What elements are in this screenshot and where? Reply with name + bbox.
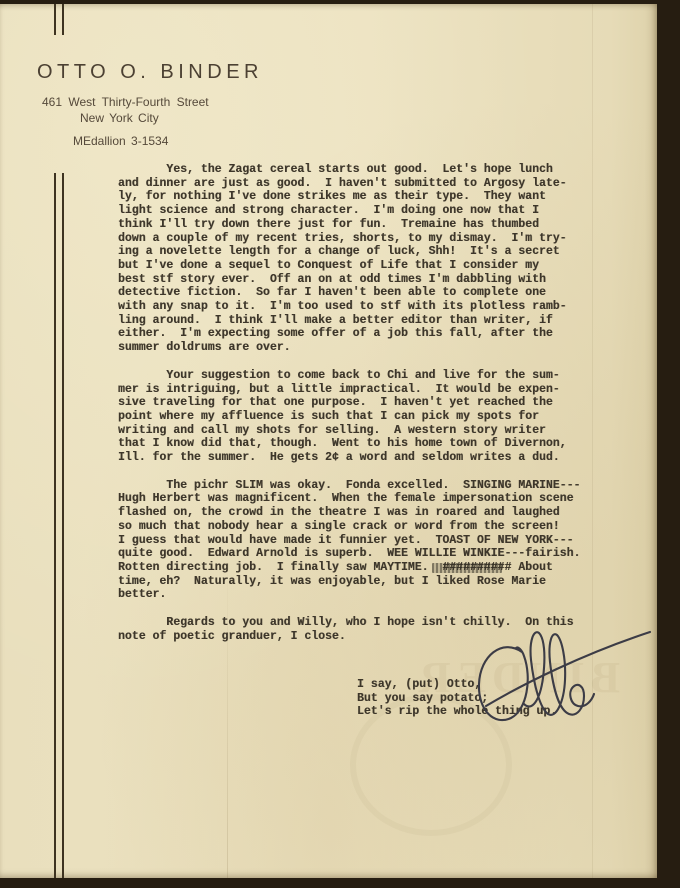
letterhead-city: New York City <box>80 111 159 125</box>
margin-rule-left-outer <box>54 173 56 878</box>
margin-rule-left-inner-top <box>62 4 64 35</box>
paragraph-2: Your suggestion to come back to Chi and … <box>118 369 588 465</box>
margin-rule-left-outer-top <box>54 4 56 35</box>
scan-background: BINDER OTTO O. BINDER 461 West Thirty-Fo… <box>0 0 680 888</box>
letter-body: Yes, the Zagat cereal starts out good. L… <box>118 163 588 658</box>
letterhead-phone: MEdallion 3-1534 <box>73 134 168 148</box>
paragraph-1: Yes, the Zagat cereal starts out good. L… <box>118 163 588 355</box>
fold-crease-right <box>592 4 593 878</box>
letterhead-street: 461 West Thirty-Fourth Street <box>42 95 209 109</box>
margin-rule-left-inner <box>62 173 64 878</box>
paragraph-3: The pichr SLIM was okay. Fonda excelled.… <box>118 479 588 602</box>
letterhead-name: OTTO O. BINDER <box>37 61 263 84</box>
letter-page: BINDER OTTO O. BINDER 461 West Thirty-Fo… <box>0 4 657 878</box>
signature-otto <box>468 626 658 731</box>
